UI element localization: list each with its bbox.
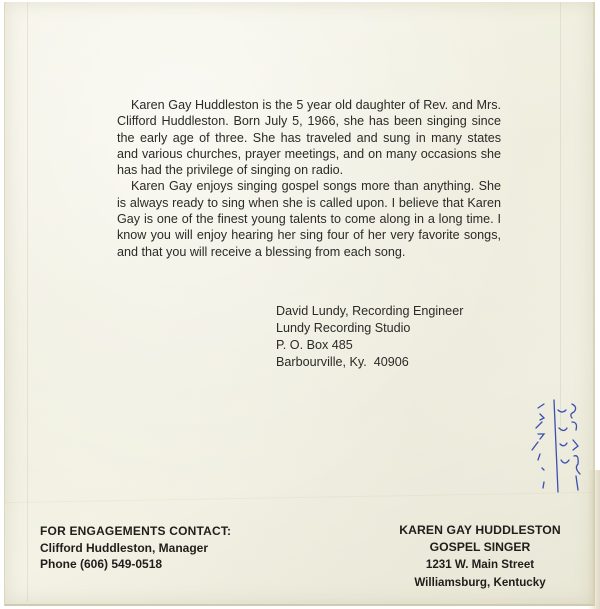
torn-edge [588,470,600,609]
artist-city: Williamsburg, Kentucky [380,574,580,592]
contact-heading: FOR ENGAGEMENTS CONTACT: [40,523,231,540]
artist-info: KAREN GAY HUDDLESTON GOSPEL SINGER 1231 … [380,522,580,592]
contact-manager: Clifford Huddleston, Manager [40,540,231,557]
liner-paragraph-2: Karen Gay enjoys singing gospel songs mo… [117,178,501,259]
liner-paragraph-1: Karen Gay Huddleston is the 5 year old d… [117,97,501,178]
contact-phone: Phone (606) 549-0518 [40,556,231,573]
engagements-contact: FOR ENGAGEMENTS CONTACT: Clifford Huddle… [40,523,231,573]
paper-crease [560,2,561,432]
signature-city: Barbourville, Ky. 40906 [276,354,463,371]
signature-po-box: P. O. Box 485 [276,337,463,354]
artist-name: KAREN GAY HUDDLESTON [380,522,580,539]
artist-role: GOSPEL SINGER [380,539,580,556]
paper-crease [27,2,28,602]
signature-studio: Lundy Recording Studio [276,320,463,337]
paper-crease [5,492,593,503]
liner-notes: Karen Gay Huddleston is the 5 year old d… [117,97,501,260]
signature-name: David Lundy, Recording Engineer [276,303,463,320]
artist-street: 1231 W. Main Street [380,556,580,574]
signature-block: David Lundy, Recording Engineer Lundy Re… [276,303,463,371]
handwriting-scribble-icon [528,398,588,498]
